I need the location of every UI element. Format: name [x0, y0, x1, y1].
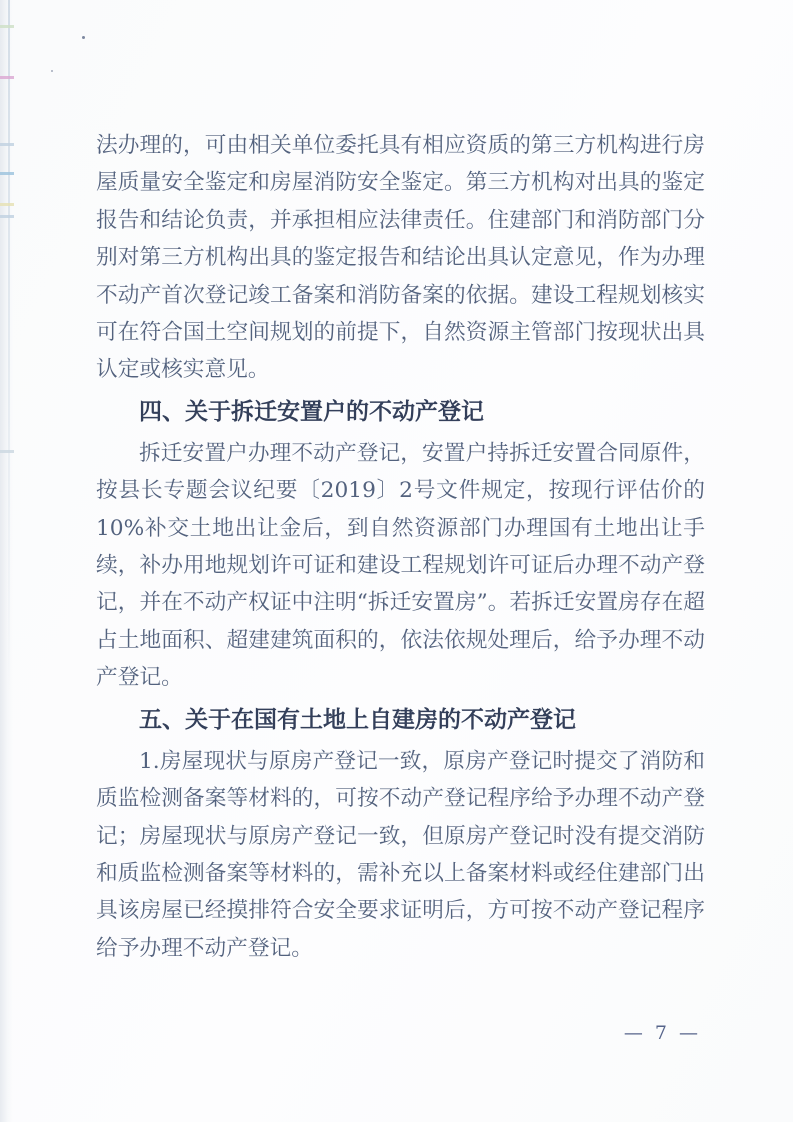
- scan-speck: [82, 36, 85, 39]
- scan-edge-tick: [0, 450, 14, 453]
- scan-edge-tick: [0, 203, 14, 206]
- scan-edge-tick: [0, 215, 14, 218]
- paragraph: 法办理的，可由相关单位委托具有相应资质的第三方机构进行房屋质量安全鉴定和房屋消防…: [96, 127, 705, 389]
- section-heading: 四、关于拆迁安置户的不动产登记: [96, 393, 705, 431]
- page-number: — 7 —: [624, 1022, 701, 1044]
- scan-edge-tick: [0, 143, 14, 146]
- document-page: 法办理的，可由相关单位委托具有相应资质的第三方机构进行房屋质量安全鉴定和房屋消防…: [0, 0, 793, 1122]
- scan-edge-tick: [0, 25, 14, 28]
- scan-edge-line: [8, 0, 10, 696]
- scan-edge-tick: [0, 76, 14, 79]
- scan-edge-tick: [0, 172, 14, 175]
- scan-speck: [51, 70, 53, 72]
- scan-edge-artifact: [0, 0, 13, 1122]
- paragraph: 拆迁安置户办理不动产登记，安置户持拆迁安置合同原件，按县长专题会议纪要〔2019…: [96, 435, 705, 697]
- section-heading: 五、关于在国有土地上自建房的不动产登记: [96, 701, 705, 739]
- paragraph: 1.房屋现状与原房产登记一致，原房产登记时提交了消防和质监检测备案等材料的，可按…: [96, 743, 705, 967]
- document-body: 法办理的，可由相关单位委托具有相应资质的第三方机构进行房屋质量安全鉴定和房屋消防…: [96, 127, 705, 967]
